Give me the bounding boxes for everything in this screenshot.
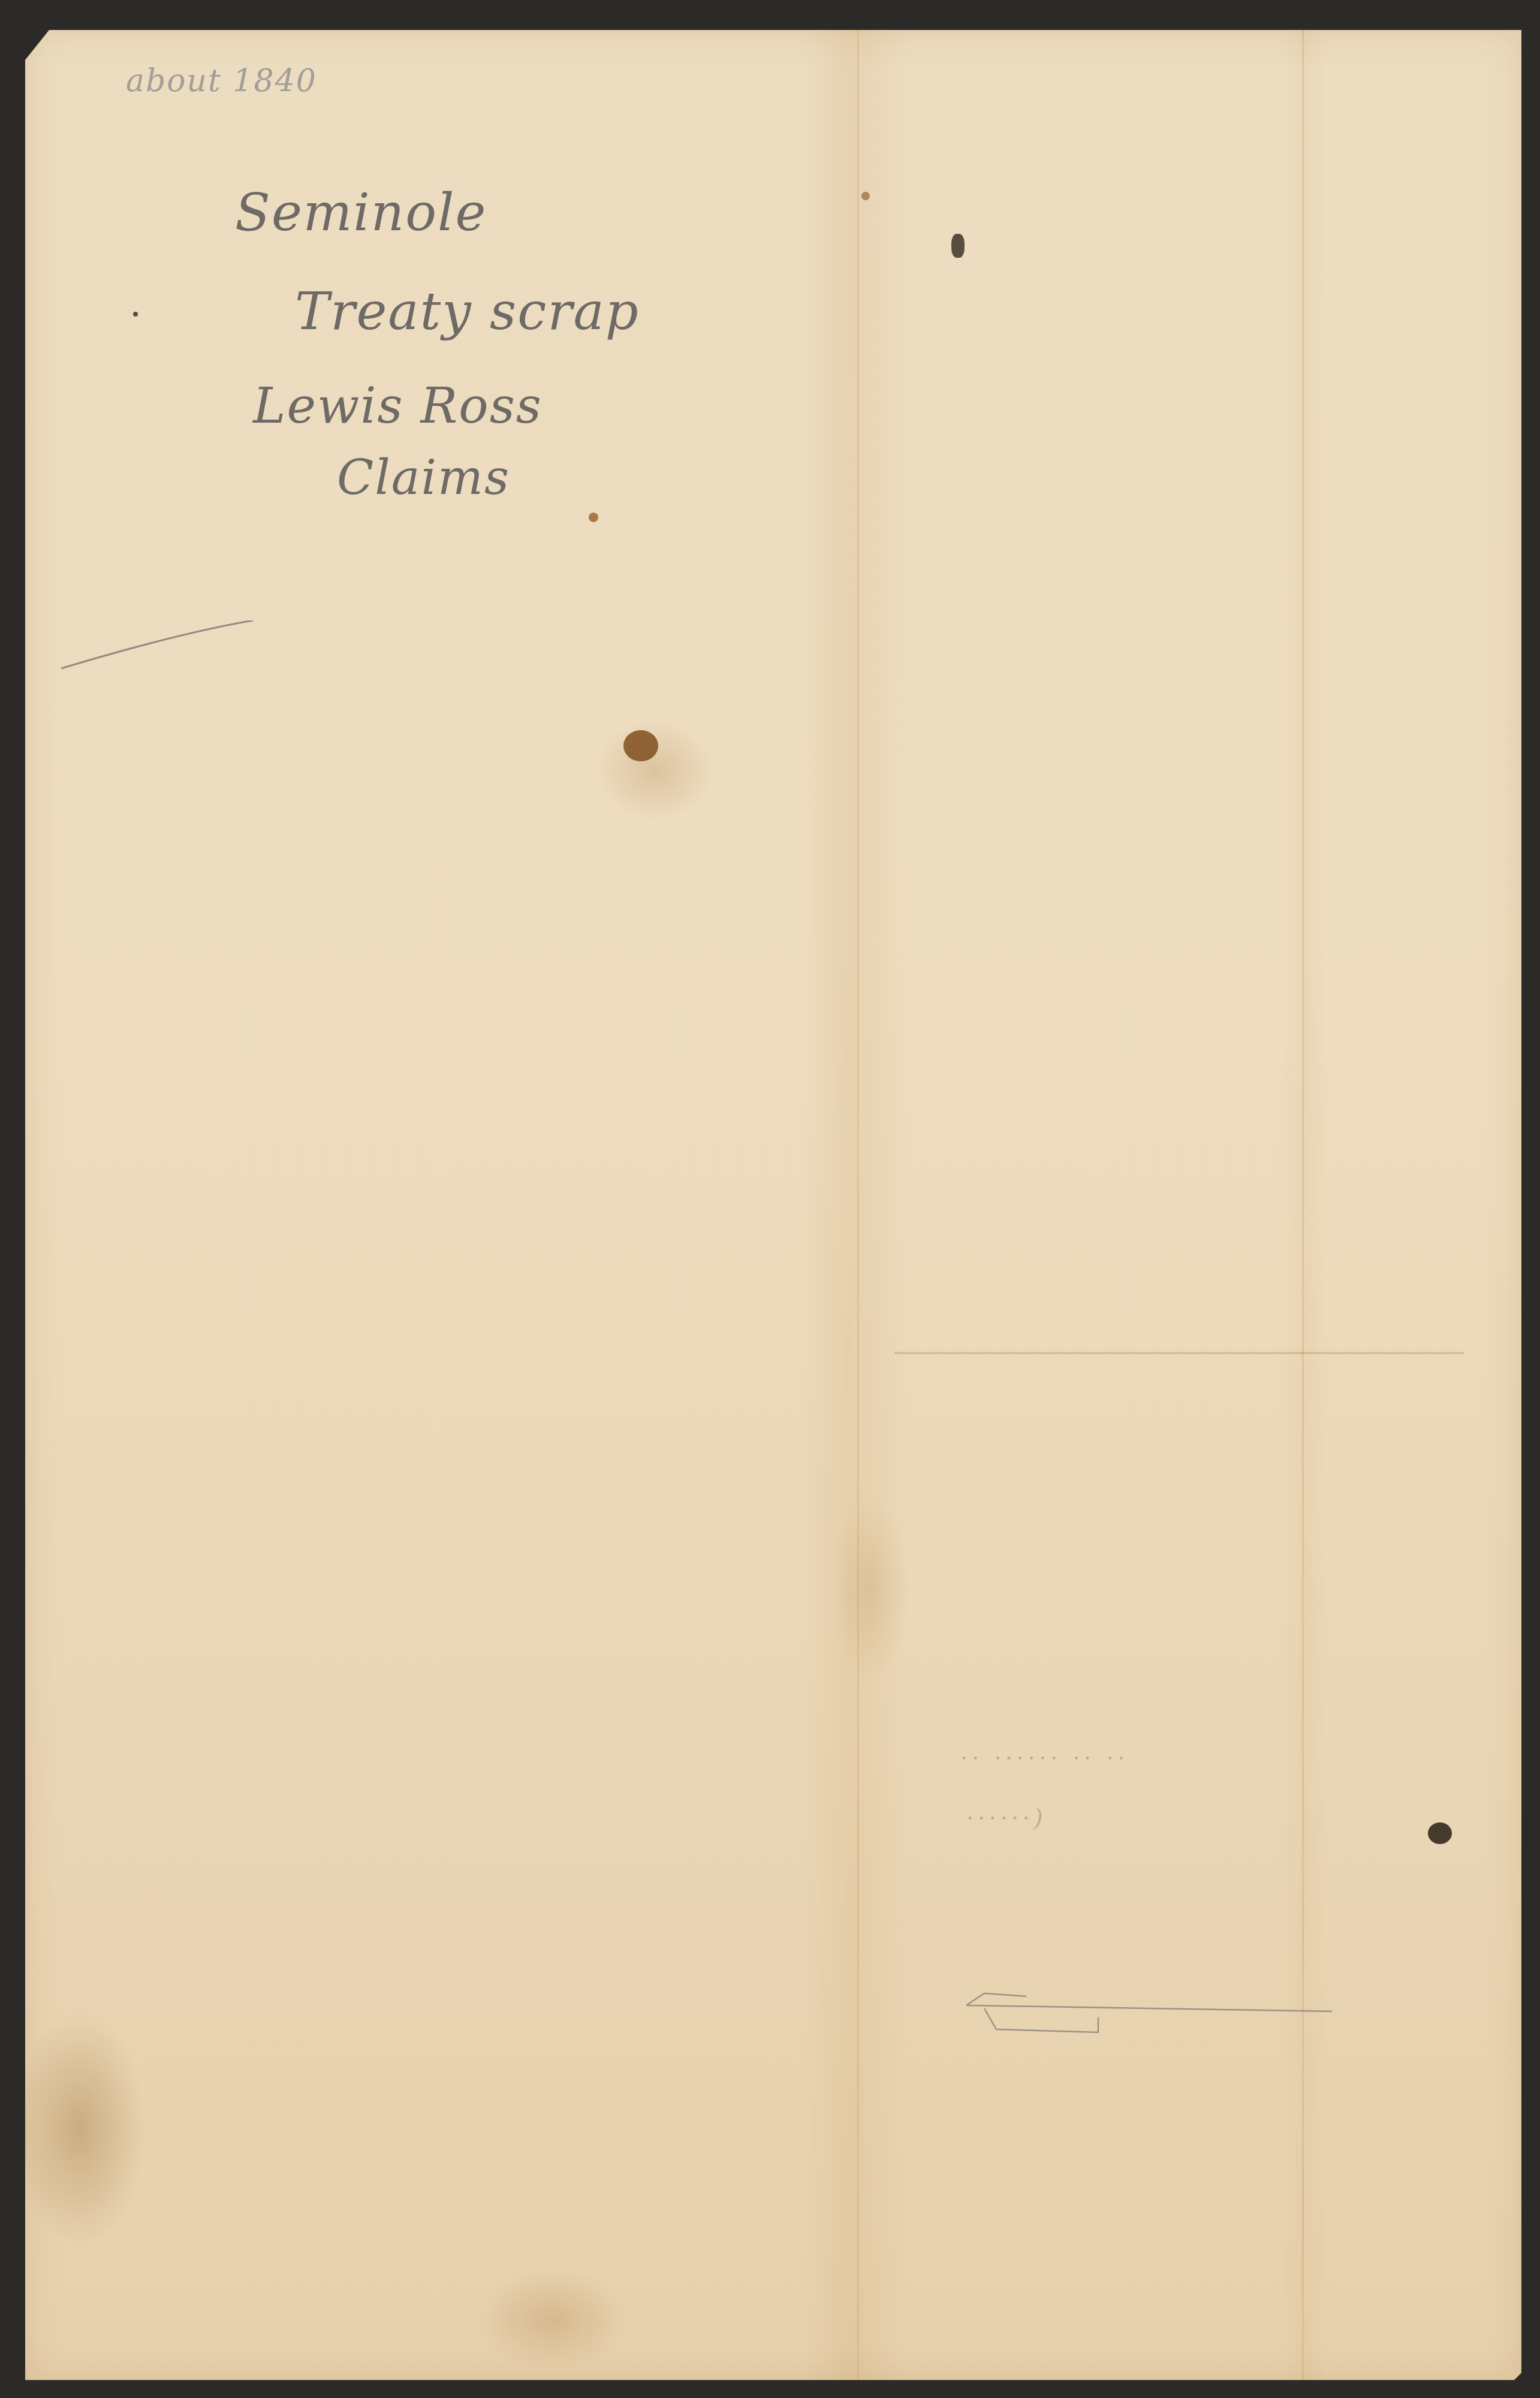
foxing-spot	[589, 513, 598, 522]
bleed-through-text-2: ······)	[966, 1804, 1047, 1832]
pencil-stroke	[49, 620, 259, 680]
foxing-spot	[133, 312, 138, 317]
date-annotation: about 1840	[126, 63, 317, 99]
punch-hole	[1428, 1822, 1452, 1844]
docket-line-seminole: Seminole	[235, 183, 487, 243]
document-sheet: about 1840 Seminole Treaty scrap Lewis R…	[25, 30, 1521, 2380]
punch-hole	[951, 234, 965, 258]
docket-line-claims: Claims	[337, 450, 510, 505]
vertical-fold-crease	[857, 30, 859, 2380]
bleed-through-text-1: ·· ······ ·· ··	[960, 1745, 1129, 1772]
docket-line-lewis-ross: Lewis Ross	[253, 378, 543, 435]
horizontal-fold-crease	[894, 1352, 1464, 1354]
docket-line-treaty-scrap: Treaty scrap	[295, 282, 640, 342]
foxing-spot	[861, 192, 870, 200]
pencil-sketch-marks	[960, 1981, 1368, 2035]
ink-stain	[623, 730, 658, 761]
